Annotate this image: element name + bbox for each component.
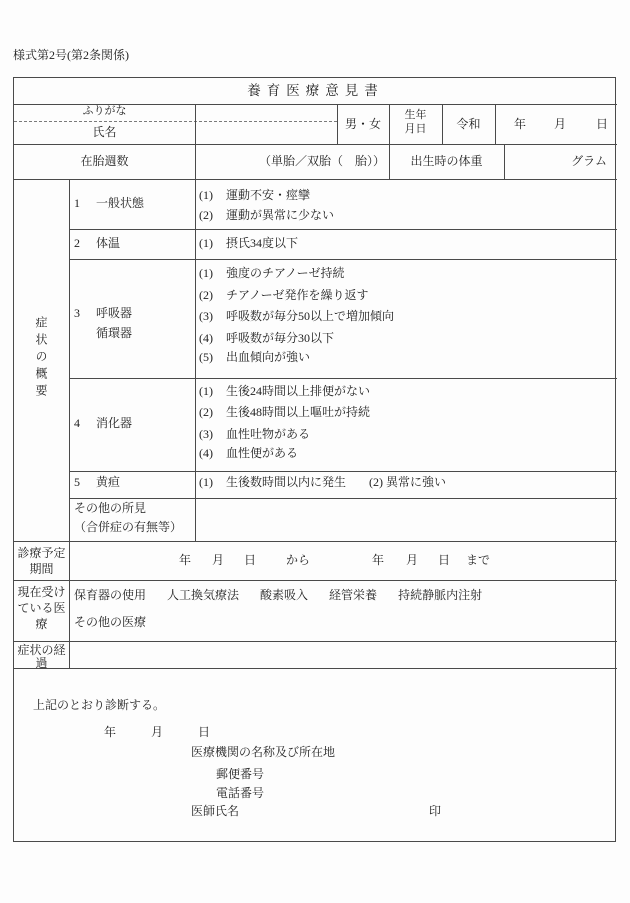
item-number: (3) [199, 310, 226, 322]
symptom-category-3: 3呼吸器 [74, 307, 132, 319]
treatment-label-line1: 現在受け [14, 586, 69, 598]
symptom-option[interactable]: (1)生後24時間以上排便がない [199, 385, 370, 397]
symptom-option[interactable]: (2)運動が異常に少ない [199, 209, 334, 221]
symptom-option[interactable]: (1)運動不安・痙攣 [199, 189, 310, 201]
furigana-label: ふりがな [14, 106, 195, 117]
divider [69, 229, 617, 230]
birth-year-label: 年 [514, 118, 526, 130]
item-number: (1) [199, 237, 226, 249]
item-text: 生後数時間以内に発生 [226, 475, 346, 489]
item-text: 強度のチアノーゼ持続 [226, 266, 344, 280]
period-day-from: 日 [244, 554, 256, 566]
birthdate-label-line1: 生年 [389, 110, 442, 121]
treatment-option-incubator[interactable]: 保育器の使用 [74, 589, 146, 601]
category-number: 4 [74, 417, 96, 429]
doctor-name-label: 医師氏名 [191, 805, 239, 817]
diagnosis-statement: 上記のとおり診断する。 [33, 699, 165, 711]
category-label: 一般状態 [96, 196, 144, 210]
era-label: 令和 [442, 118, 495, 130]
category-label: 消化器 [96, 416, 132, 430]
symptom-option[interactable]: (2)生後48時間以上嘔吐が持続 [199, 406, 370, 418]
treatment-option-tube-feeding[interactable]: 経管栄養 [329, 589, 377, 601]
divider [14, 580, 617, 581]
course-label-line1: 症状の経 [14, 644, 69, 656]
medical-opinion-form-page: 様式第2号(第2条関係) 養育医療意見書 ふりがな 氏名 男・女 生年 [0, 0, 630, 903]
item-number: (1) [199, 189, 226, 201]
divider [14, 668, 617, 669]
treatment-options-row: 保育器の使用 人工換気療法 酸素吸入 経管栄養 持続静脈内注射 [74, 589, 482, 601]
course-input-area[interactable] [70, 642, 616, 667]
symptom-option[interactable]: (1)強度のチアノーゼ持続 [199, 267, 344, 279]
birth-weight-input-area[interactable] [505, 145, 585, 178]
category-number: 2 [74, 237, 96, 249]
signature-year-label: 年 [104, 726, 116, 738]
item-text: 血性便がある [226, 446, 298, 460]
category-label: 体温 [96, 236, 120, 250]
symptom-option[interactable]: (4)呼吸数が毎分30以下 [199, 332, 334, 344]
item-number: (5) [199, 351, 226, 363]
phone-number-input-area[interactable] [284, 787, 484, 801]
phone-number-label: 電話番号 [216, 787, 264, 799]
category-label: 呼吸器 [96, 306, 132, 320]
period-day-to: 日 [438, 554, 450, 566]
treatment-label-line3: 療 [14, 618, 69, 630]
symptom-category-2: 2体温 [74, 237, 120, 249]
symptom-option[interactable]: (5)出血傾向が強い [199, 351, 310, 363]
item-text: 呼吸数が毎分50以上で増加傾向 [226, 309, 394, 323]
symptom-option[interactable]: (3)呼吸数が毎分50以上で増加傾向 [199, 310, 394, 322]
item-text: 呼吸数が毎分30以下 [226, 331, 334, 345]
item-text: 運動が異常に少ない [226, 208, 334, 222]
item-number: (4) [199, 332, 226, 344]
seal-mark: 印 [429, 805, 441, 817]
treatment-label-line2: ている医 [14, 602, 69, 614]
period-until-label: まで [466, 554, 490, 566]
divider [69, 259, 617, 260]
item-number: (1) [199, 476, 226, 488]
treatment-option-other[interactable]: その他の医療 [74, 616, 146, 628]
category-number: 3 [74, 307, 96, 319]
item-text: 生後24時間以上排便がない [226, 384, 370, 398]
period-label-line1: 診療予定 [14, 547, 69, 559]
category-number: 1 [74, 197, 96, 209]
birth-weight-label: 出生時の体重 [389, 155, 504, 167]
item-text: 血性吐物がある [226, 427, 310, 441]
item-number: (4) [199, 447, 226, 459]
divider [69, 471, 617, 472]
symptom-option[interactable]: (1)摂氏34度以下 [199, 237, 298, 249]
symptom-option[interactable]: (3)血性吐物がある [199, 428, 310, 440]
form-table: 養育医療意見書 ふりがな 氏名 男・女 生年 月日 令和 年 月 日 在胎週数 … [13, 77, 616, 842]
divider [195, 104, 196, 541]
doctor-name-input-area[interactable] [254, 805, 414, 819]
symptom-category-5: 5黄疸 [74, 476, 120, 488]
treatment-option-oxygen[interactable]: 酸素吸入 [260, 589, 308, 601]
item-text: 出血傾向が強い [226, 350, 310, 364]
item-text: 生後48時間以上嘔吐が持続 [226, 405, 370, 419]
item-number: (3) [199, 428, 226, 440]
period-month-from: 月 [212, 554, 224, 566]
divider [69, 378, 617, 379]
symptom-category-4: 4消化器 [74, 417, 132, 429]
postal-code-input-area[interactable] [284, 768, 484, 782]
symptom-option[interactable]: (4)血性便がある [199, 447, 298, 459]
institution-input-area[interactable] [344, 746, 604, 760]
symptom-option[interactable]: (2) 異常に強い [369, 476, 446, 488]
symptom-option[interactable]: (2)チアノーゼ発作を繰り返す [199, 289, 368, 301]
other-findings-label-line1: その他の所見 [74, 502, 146, 514]
item-number: (1) [199, 267, 226, 279]
symptom-option[interactable]: (1)生後数時間以内に発生 [199, 476, 346, 488]
birth-day-label: 日 [596, 118, 608, 130]
postal-code-label: 郵便番号 [216, 768, 264, 780]
treatment-option-iv-infusion[interactable]: 持続静脈内注射 [398, 589, 482, 601]
period-year-from: 年 [179, 554, 191, 566]
name-label: 氏名 [14, 126, 195, 138]
birth-month-label: 月 [554, 118, 566, 130]
symptom-category-1: 1一般状態 [74, 197, 144, 209]
divider [14, 179, 617, 180]
signature-month-label: 月 [151, 726, 163, 738]
form-number: 様式第2号(第2条関係) [13, 49, 129, 61]
fetus-type-label[interactable]: （単胎／双胎（ 胎）） [195, 155, 385, 167]
treatment-option-ventilation[interactable]: 人工換気療法 [167, 589, 239, 601]
name-input-area[interactable] [196, 122, 337, 143]
form-title: 養育医療意見書 [14, 84, 617, 98]
gestation-label: 在胎週数 [14, 155, 195, 167]
period-input-area[interactable] [70, 542, 616, 579]
other-findings-label-line2: （合併症の有無等） [74, 521, 182, 533]
period-month-to: 月 [406, 554, 418, 566]
period-from-label: から [286, 554, 310, 566]
birthdate-label-line2: 月日 [389, 124, 442, 135]
period-year-to: 年 [372, 554, 384, 566]
item-number: (1) [199, 385, 226, 397]
symptoms-section-label: 症状の概要 [35, 316, 47, 426]
item-number: (2) [199, 406, 226, 418]
furigana-input-area[interactable] [196, 105, 337, 120]
signature-day-label: 日 [198, 726, 210, 738]
item-number: (2) [199, 289, 226, 301]
item-text: チアノーゼ発作を繰り返す [226, 288, 368, 302]
divider [69, 179, 70, 668]
item-number: (2) [199, 209, 226, 221]
divider [495, 104, 496, 144]
course-label-line2: 過 [14, 657, 69, 669]
period-label-line2: 期間 [14, 563, 69, 575]
other-findings-input-area[interactable] [196, 499, 616, 540]
symptom-category-3-line2: 循環器 [96, 327, 132, 339]
item-text: 摂氏34度以下 [226, 236, 298, 250]
item-number: (2) [369, 475, 383, 489]
sex-option[interactable]: 男・女 [337, 118, 389, 130]
item-text: 運動不安・痙攣 [226, 188, 310, 202]
category-number: 5 [74, 476, 96, 488]
item-text: 異常に強い [386, 475, 446, 489]
category-label: 黄疸 [96, 475, 120, 489]
institution-label: 医療機関の名称及び所在地 [191, 746, 335, 758]
